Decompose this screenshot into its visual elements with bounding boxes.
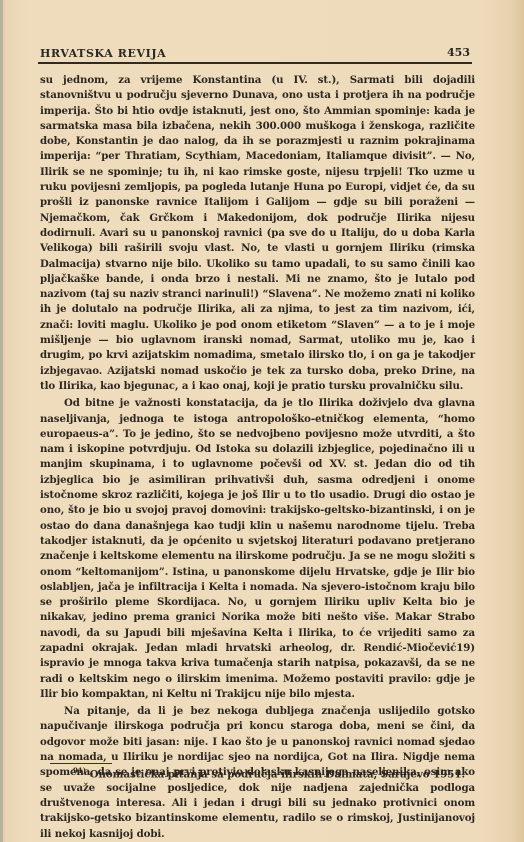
- page-number: 453: [447, 46, 470, 59]
- footnote-text: Onomastička pitanja sa područja ilirskih…: [90, 768, 465, 780]
- page-edge: [0, 0, 3, 842]
- footnote-marker: 91): [73, 766, 86, 775]
- scanned-page: HRVATSKA REVIJA 453 su jednom, za vrijem…: [0, 0, 524, 842]
- paragraph-1: su jednom, za vrijeme Konstantina (u IV.…: [40, 73, 475, 394]
- journal-title: HRVATSKA REVIJA: [40, 47, 166, 60]
- body-text: su jednom, za vrijeme Konstantina (u IV.…: [40, 73, 475, 842]
- running-header: HRVATSKA REVIJA 453: [38, 44, 472, 64]
- footnote: 91) Onomastička pitanja sa područja ilir…: [73, 766, 493, 780]
- paragraph-2: Od bitne je važnosti konstatacija, da je…: [40, 396, 475, 702]
- footnote-rule: [50, 763, 112, 764]
